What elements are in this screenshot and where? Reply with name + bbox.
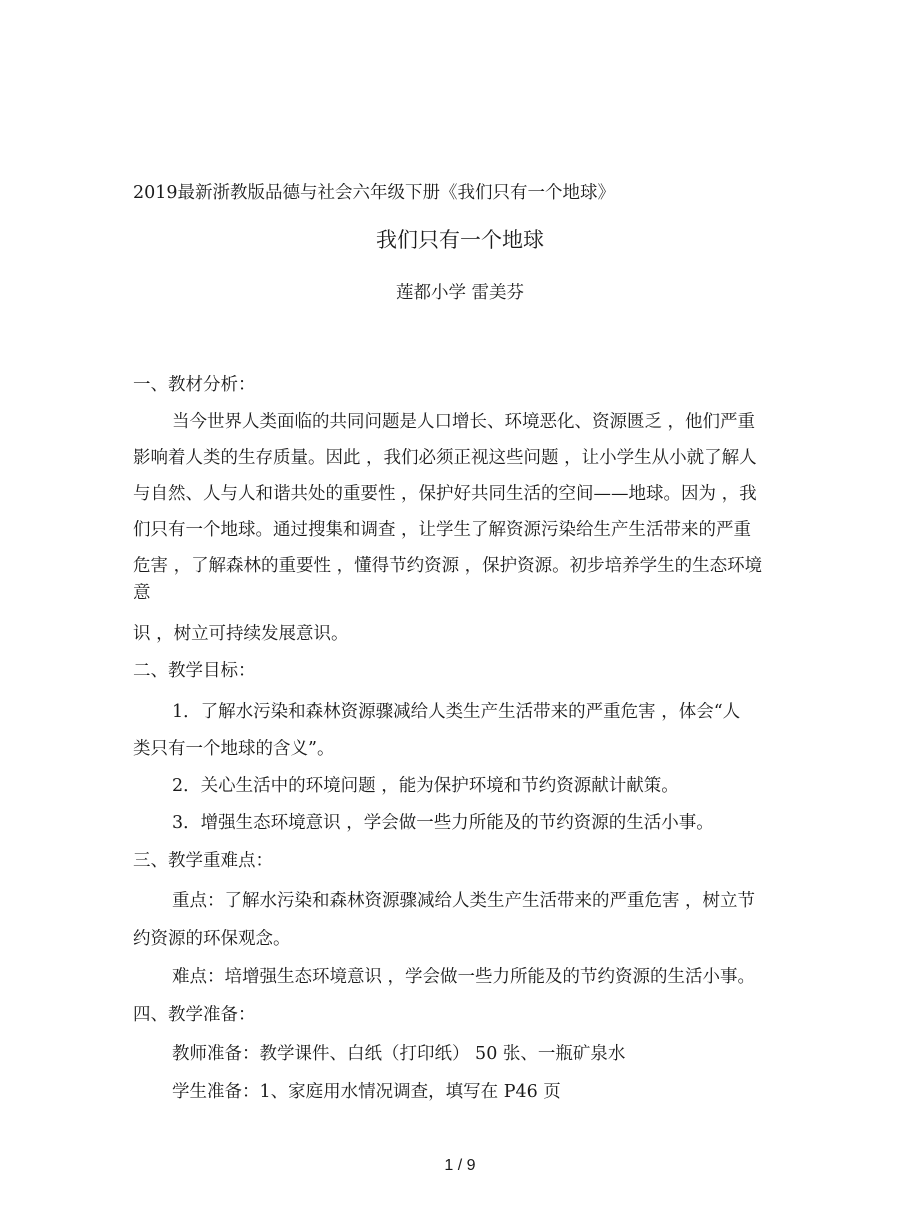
- page-number: 1 / 9: [0, 1155, 920, 1177]
- paragraph-line: 当今世界人类面临的共同问题是人口增长、环境恶化、资源匮乏 ，他们严重: [172, 411, 755, 433]
- section-heading: 二、教学目标：: [133, 660, 256, 682]
- preparation-line: 学生准备：1、家庭用水情况调查，填写在 P46 页: [172, 1081, 561, 1103]
- section-heading: 一、教材分析：: [133, 374, 256, 396]
- objective-item-continued: 类只有一个地球的含义”。: [133, 738, 334, 760]
- difficulty-line: 难点：培增强生态环境意识 ，学会做一些力所能及的节约资源的生活小事。: [172, 966, 755, 988]
- paragraph-line: 危害 ，了解森林的重要性 ，懂得节约资源 ，保护资源。初步培养学生的生态环境: [133, 555, 762, 577]
- paragraph-line: 们只有一个地球。通过搜集和调查 ，让学生了解资源污染给生产生活带来的严重: [133, 519, 751, 541]
- section-heading: 三、教学重难点：: [133, 850, 273, 872]
- paragraph-line: 与自然、人与人和谐共处的重要性 ，保护好共同生活的空间——地球。因为 ，我: [133, 483, 757, 505]
- section-heading: 四、教学准备：: [133, 1004, 256, 1026]
- document-title: 我们只有一个地球: [0, 229, 920, 251]
- paragraph-line: 识 ，树立可持续发展意识。: [133, 623, 349, 645]
- document-page: 2019最新浙教版品德与社会六年级下册《我们只有一个地球》 我们只有一个地球 莲…: [0, 0, 920, 1227]
- preparation-line: 教师准备：教学课件、白纸（打印纸） 50 张、一瓶矿泉水: [172, 1043, 625, 1065]
- key-point-line: 重点：了解水污染和森林资源骤减给人类生产生活带来的严重危害 ，树立节: [172, 890, 755, 912]
- paragraph-line: 意: [133, 582, 151, 604]
- author-line: 莲都小学 雷美芬: [0, 282, 920, 304]
- header-line: 2019最新浙教版品德与社会六年级下册《我们只有一个地球》: [133, 182, 615, 204]
- objective-item: 3．增强生态环境意识 ，学会做一些力所能及的节约资源的生活小事。: [172, 812, 714, 834]
- key-point-line: 约资源的环保观念。: [133, 928, 291, 950]
- objective-item: 1．了解水污染和森林资源骤减给人类生产生活带来的严重危害 ，体会“人: [172, 701, 740, 723]
- objective-item: 2．关心生活中的环境问题 ，能为保护环境和节约资源献计献策。: [172, 775, 679, 797]
- paragraph-line: 影响着人类的生存质量。因此 ，我们必须正视这些问题 ，让小学生从小就了解人: [133, 447, 757, 469]
